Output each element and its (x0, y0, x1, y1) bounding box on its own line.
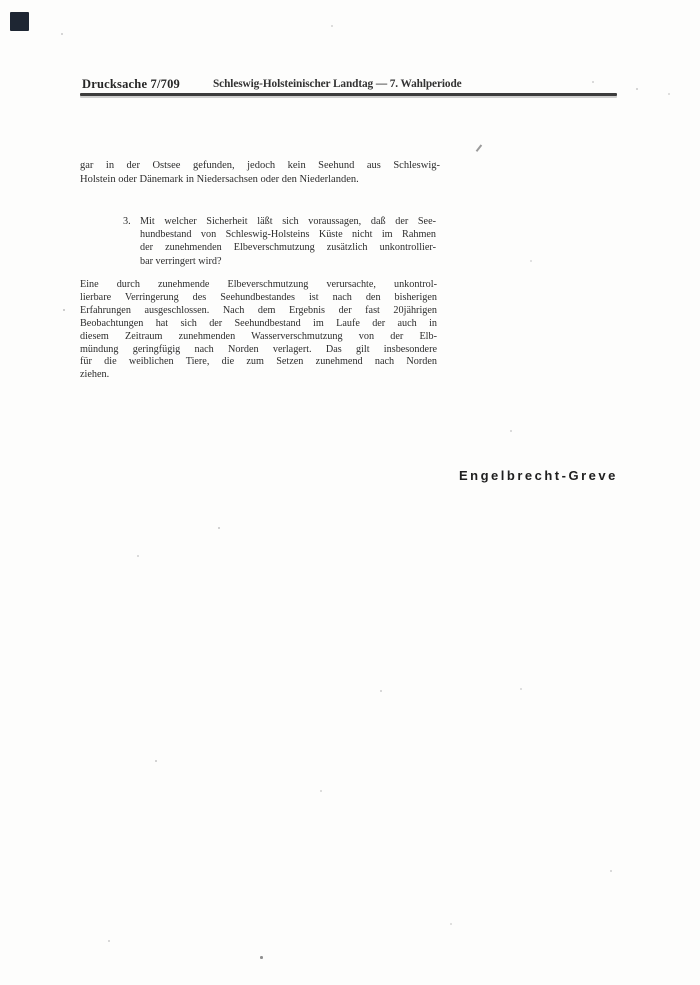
text-line: gar in der Ostsee gefunden, jedoch kein … (80, 159, 440, 173)
text-line: Holstein oder Dänemark in Niedersachsen … (80, 173, 440, 187)
scan-speck (218, 527, 220, 529)
text-line: Eine durch zunehmende Elbeverschmutzung … (80, 279, 437, 292)
scan-speck (610, 870, 612, 872)
scan-artifact-square (10, 12, 29, 31)
text-line: mündung geringfügig nach Norden verlager… (80, 344, 437, 357)
scan-speck (450, 923, 452, 925)
text-line: diesem Zeitraum zunehmenden Wasserversch… (80, 331, 437, 344)
text-line: bar verringert wird? (140, 255, 436, 268)
scan-speck (530, 260, 532, 262)
text-line: lierbare Verringerung des Seehundbestand… (80, 292, 437, 305)
question-3-paragraph: Mit welcher Sicherheit läßt sich vorauss… (140, 215, 436, 268)
scan-speck (260, 956, 263, 959)
scan-speck (108, 940, 110, 942)
scan-speck (592, 81, 594, 83)
text-line: für die weiblichen Tiere, die zum Setzen… (80, 356, 437, 369)
text-line: Beobachtungen hat sich der Seehundbestan… (80, 318, 437, 331)
doc-number: Drucksache 7/709 (82, 77, 180, 92)
header-title: Schleswig-Holsteinischer Landtag — 7. Wa… (213, 78, 462, 90)
scan-speck (636, 88, 638, 90)
document-page: Drucksache 7/709 Schleswig-Holsteinische… (0, 0, 700, 985)
text-line: Mit welcher Sicherheit läßt sich vorauss… (140, 215, 436, 228)
scan-speck (61, 33, 63, 35)
scan-speck (137, 555, 139, 557)
text-line: der zunehmenden Elbeverschmutzung zusätz… (140, 241, 436, 254)
answer-paragraph: Eine durch zunehmende Elbeverschmutzung … (80, 279, 437, 382)
scan-speck (63, 309, 65, 311)
scan-speck (380, 690, 382, 692)
scan-speck (668, 93, 670, 95)
header-rule (80, 93, 617, 96)
text-line: hundbestand von Schleswig-Holsteins Küst… (140, 228, 436, 241)
signature-name: Engelbrecht-Greve (459, 468, 618, 483)
scan-speck (320, 790, 322, 792)
text-line: Erfahrungen ausgeschlossen. Nach dem Erg… (80, 305, 437, 318)
scan-speck (155, 760, 157, 762)
text-line: ziehen. (80, 369, 437, 382)
scan-slash-mark (476, 144, 482, 151)
scan-speck (510, 430, 512, 432)
scan-speck (520, 688, 522, 690)
scan-speck (331, 25, 333, 27)
intro-paragraph: gar in der Ostsee gefunden, jedoch kein … (80, 159, 440, 187)
